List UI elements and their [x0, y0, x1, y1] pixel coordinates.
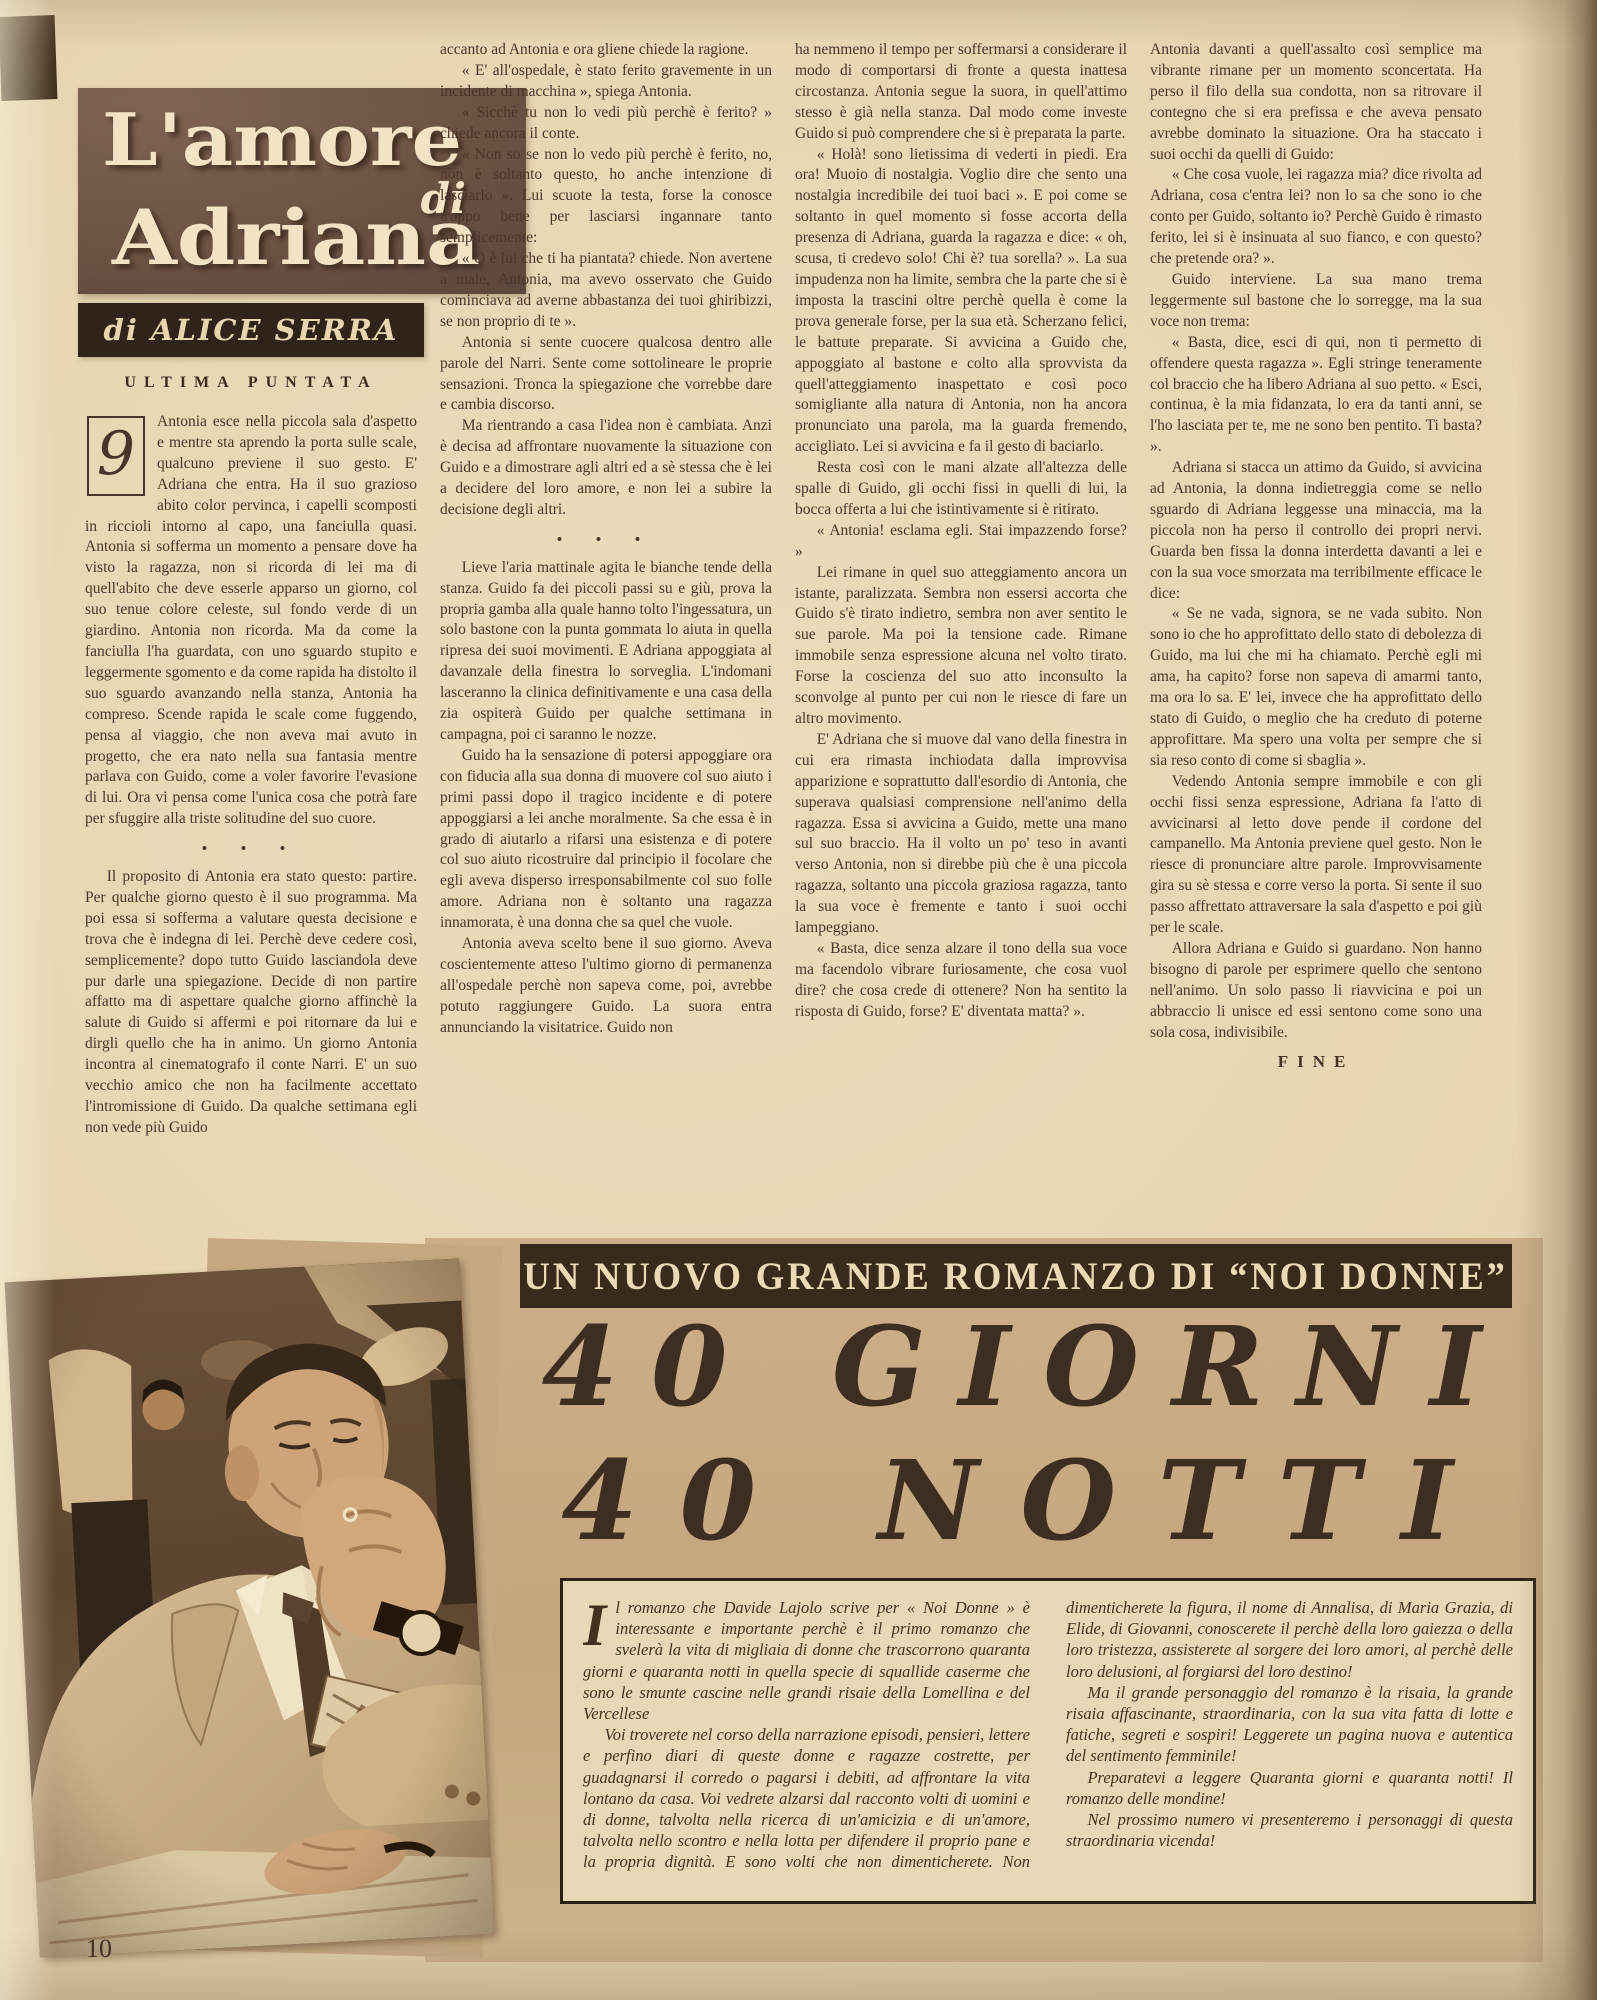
portrait-man-photo	[5, 1259, 495, 1958]
paragraph: Adriana si stacca un attimo da Guido, si…	[1150, 458, 1482, 604]
paragraph: Antonia si sente cuocere qualcosa dentro…	[440, 333, 772, 417]
promo-banner: UN NUOVO GRANDE ROMANZO DI “NOI DONNE”	[520, 1244, 1512, 1308]
paragraph: Il romanzo che Davide Lajolo scrive per …	[583, 1597, 1030, 1724]
paragraph: « Basta, dice, esci di qui, non ti perme…	[1150, 333, 1482, 458]
story-column-3: ha nemmeno il tempo per soffermarsi a co…	[795, 40, 1127, 1234]
paragraph: Allora Adriana e Guido si guardano. Non …	[1150, 939, 1482, 1044]
drop-cap: 9	[87, 416, 145, 496]
paragraph: « Holà! sono lietissima di vederti in pi…	[795, 145, 1127, 459]
drop-cap: I	[583, 1600, 606, 1650]
story-column-2: accanto ad Antonia e ora gliene chiede l…	[440, 40, 772, 1234]
byline: di ALICE SERRA	[104, 313, 399, 347]
magazine-page: L'amore di Adriana di ALICE SERRA ULTIMA…	[0, 0, 1597, 2000]
promo-title-line2: 40 NOTTI	[532, 1446, 1524, 1556]
paragraph: Antonia aveva scelto bene il suo giorno.…	[440, 934, 772, 1039]
promo-title-line1: 40 GIORNI	[532, 1312, 1524, 1422]
paragraph: Il proposito di Antonia era stato questo…	[85, 867, 417, 1139]
paragraph: Vedendo Antonia sempre immobile e con gl…	[1150, 772, 1482, 939]
paragraph: « O è lui che ti ha piantata? chiede. No…	[440, 249, 772, 333]
story-column-4: Antonia davanti a quell'assalto così sem…	[1150, 40, 1482, 1234]
masthead-title-line2: Adriana	[112, 200, 480, 276]
promo-text-box: Il romanzo che Davide Lajolo scrive per …	[560, 1578, 1536, 1904]
paragraph: « Basta, dice senza alzare il tono della…	[795, 939, 1127, 1023]
promo-banner-text: UN NUOVO GRANDE ROMANZO DI “NOI DONNE”	[524, 1254, 1508, 1299]
section-separator: • • •	[85, 839, 417, 860]
paragraph: E' Adriana che si muove dal vano della f…	[795, 730, 1127, 939]
paragraph: accanto ad Antonia e ora gliene chiede l…	[440, 40, 772, 61]
paragraph: « E' all'ospedale, è stato ferito gravem…	[440, 61, 772, 103]
kicker-ultima-puntata: ULTIMA PUNTATA	[85, 374, 417, 392]
paragraph: ha nemmeno il tempo per soffermarsi a co…	[795, 40, 1127, 145]
paragraph: Nel prossimo numero vi presenteremo i pe…	[1066, 1809, 1513, 1851]
page-corner-mark	[0, 15, 57, 101]
paragraph: 9Antonia esce nella piccola sala d'aspet…	[85, 412, 417, 830]
paragraph: Guido interviene. La sua mano trema legg…	[1150, 270, 1482, 333]
byline-box: di ALICE SERRA	[78, 303, 424, 357]
paragraph: Ma rientrando a casa l'idea non è cambia…	[440, 416, 772, 521]
portrait-photo	[5, 1259, 495, 1958]
paragraph: Lieve l'aria mattinale agita le bianche …	[440, 558, 772, 746]
paragraph: « Se ne vada, signora, se ne vada subito…	[1150, 604, 1482, 771]
paragraph: « Non so se non lo vedo più perchè è fer…	[440, 145, 772, 250]
paragraph: Preparatevi a leggere Quaranta giorni e …	[1066, 1767, 1513, 1809]
paragraph: Antonia davanti a quell'assalto così sem…	[1150, 40, 1482, 165]
fine-marker: FINE	[1150, 1052, 1482, 1073]
page-number: 10	[86, 1934, 112, 1964]
paragraph: Lei rimane in quel suo atteggiamento anc…	[795, 563, 1127, 730]
paragraph: Guido ha la sensazione di potersi appogg…	[440, 746, 772, 934]
paragraph: « Sicchè tu non lo vedi più perchè è fer…	[440, 103, 772, 145]
promo-text: Il romanzo che Davide Lajolo scrive per …	[583, 1597, 1513, 1885]
section-separator: • • •	[440, 530, 772, 551]
story-column-1: 9Antonia esce nella piccola sala d'aspet…	[85, 412, 417, 1234]
paragraph: Ma il grande personaggio del romanzo è l…	[1066, 1682, 1513, 1767]
paragraph: Resta così con le mani alzate all'altezz…	[795, 458, 1127, 521]
masthead-title-line1: L'amore	[102, 104, 462, 176]
paragraph: « Che cosa vuole, lei ragazza mia? dice …	[1150, 165, 1482, 270]
paragraph: « Antonia! esclama egli. Stai impazzendo…	[795, 521, 1127, 563]
